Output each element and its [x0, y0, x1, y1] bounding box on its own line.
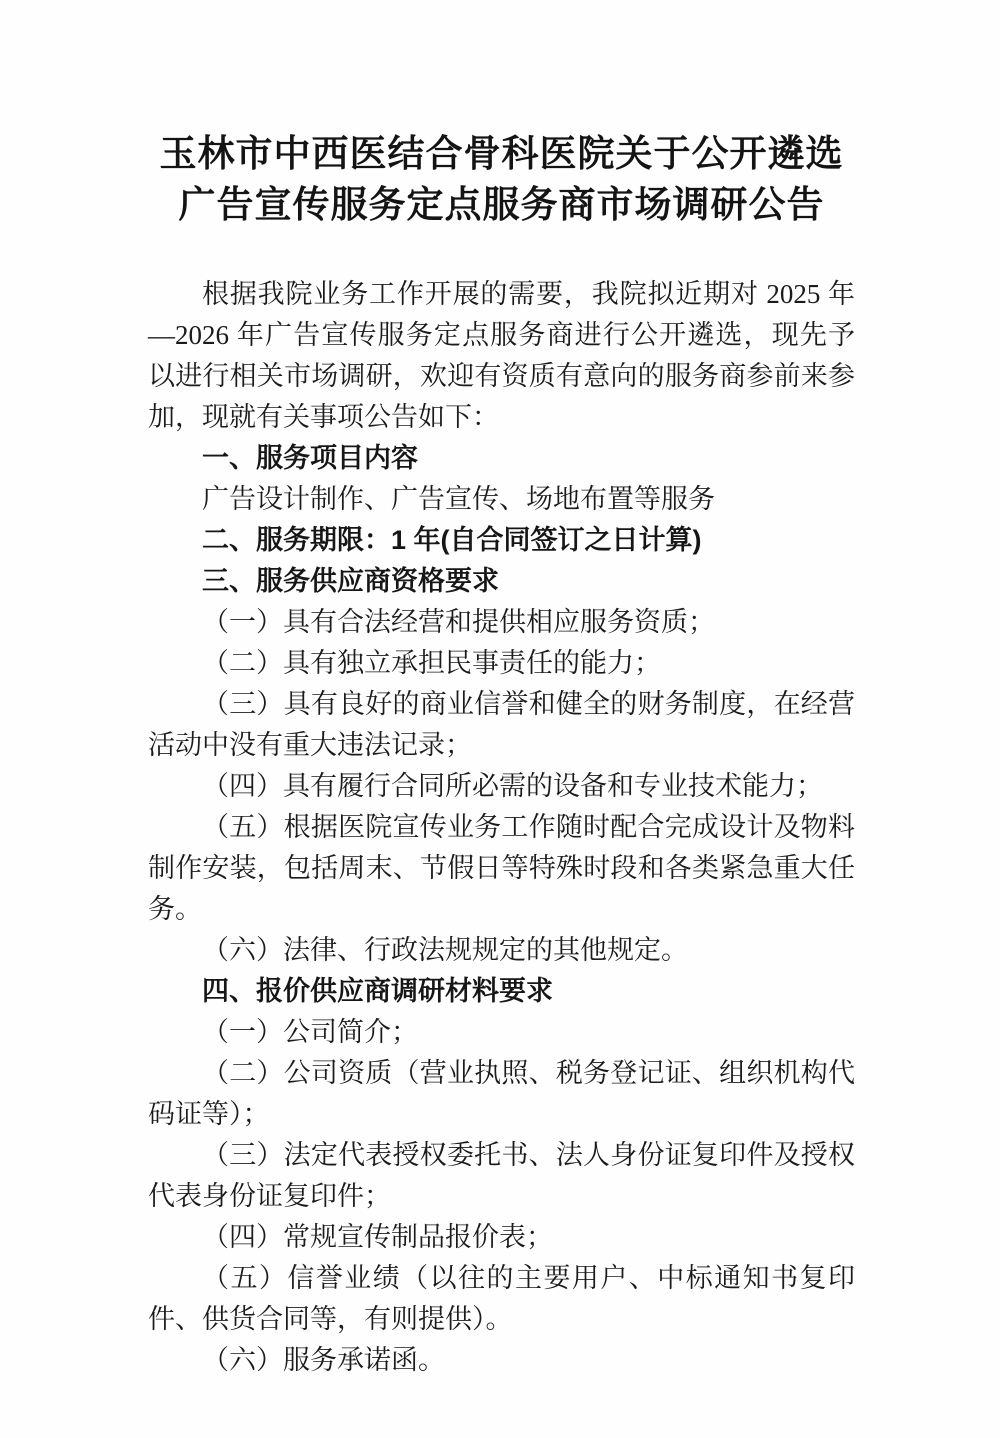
document-title-line-1: 玉林市中西医结合骨科医院关于公开遴选 — [148, 128, 855, 179]
section-heading-1: 一、服务项目内容 — [148, 438, 855, 479]
section-heading-2: 二、服务期限：1 年(自合同签订之日计算) — [148, 520, 855, 561]
section-heading-4: 四、报价供应商调研材料要求 — [148, 971, 855, 1012]
section-4-item-3: （三）法定代表授权委托书、法人身份证复印件及授权代表身份证复印件； — [148, 1135, 855, 1217]
section-4-item-6: （六）服务承诺函。 — [148, 1340, 855, 1381]
section-4-item-4: （四）常规宣传制品报价表； — [148, 1217, 855, 1258]
document-page: 玉林市中西医结合骨科医院关于公开遴选 广告宣传服务定点服务商市场调研公告 根据我… — [0, 0, 1000, 1438]
section-3-item-1: （一）具有合法经营和提供相应服务资质； — [148, 602, 855, 643]
section-4-item-2: （二）公司资质（营业执照、税务登记证、组织机构代码证等）； — [148, 1053, 855, 1135]
section-1-content: 广告设计制作、广告宣传、场地布置等服务 — [148, 479, 855, 520]
section-3-item-3: （三）具有良好的商业信誉和健全的财务制度，在经营活动中没有重大违法记录； — [148, 684, 855, 766]
section-3-item-5: （五）根据医院宣传业务工作随时配合完成设计及物料制作安装，包括周末、节假日等特殊… — [148, 807, 855, 930]
section-3-item-2: （二）具有独立承担民事责任的能力； — [148, 643, 855, 684]
section-3-item-6: （六）法律、行政法规规定的其他规定。 — [148, 930, 855, 971]
section-4-item-5: （五）信誉业绩（以往的主要用户、中标通知书复印件、供货合同等，有则提供）。 — [148, 1258, 855, 1340]
intro-paragraph: 根据我院业务工作开展的需要，我院拟近期对 2025 年—2026 年广告宣传服务… — [148, 274, 855, 438]
section-heading-3: 三、服务供应商资格要求 — [148, 561, 855, 602]
section-3-item-4: （四）具有履行合同所必需的设备和专业技术能力； — [148, 766, 855, 807]
document-body: 根据我院业务工作开展的需要，我院拟近期对 2025 年—2026 年广告宣传服务… — [148, 274, 855, 1381]
document-title-line-2: 广告宣传服务定点服务商市场调研公告 — [148, 179, 855, 230]
document-title: 玉林市中西医结合骨科医院关于公开遴选 广告宣传服务定点服务商市场调研公告 — [148, 128, 855, 230]
section-4-item-1: （一）公司简介； — [148, 1012, 855, 1053]
